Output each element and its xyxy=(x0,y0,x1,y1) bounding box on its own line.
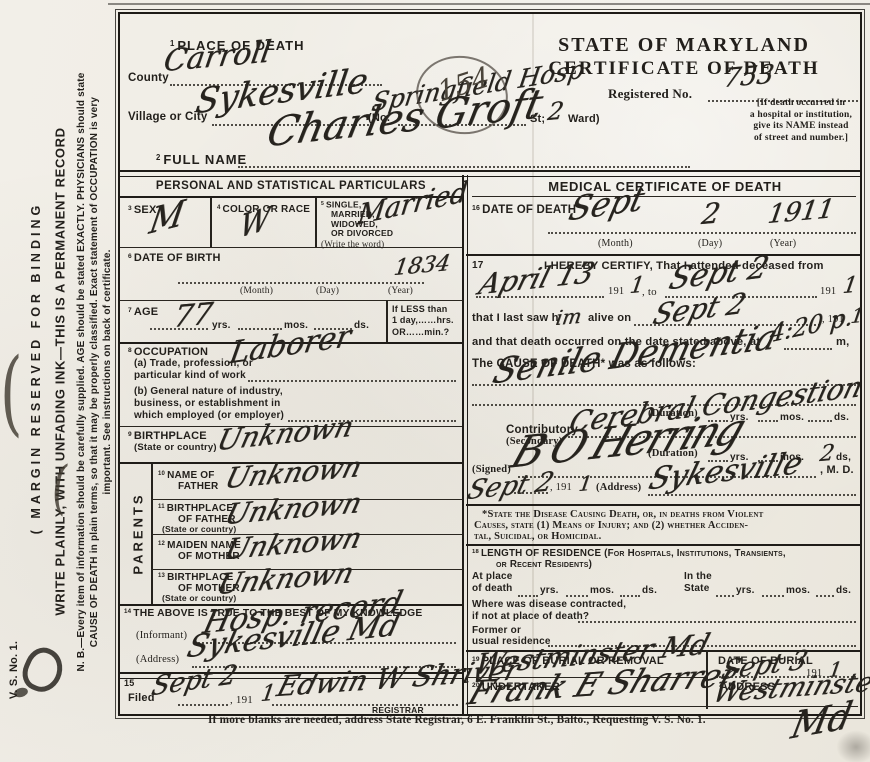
registrar-rule xyxy=(272,704,458,706)
field-15-number: 15 xyxy=(124,678,134,688)
margin-write-plainly: WRITE PLAINLY, WITH UNFADING INK—THIS IS… xyxy=(53,40,68,704)
dod-rule xyxy=(548,232,856,234)
hospital-note: [If death occurred in a hospital or inst… xyxy=(740,98,862,144)
occupation-label: 8OCCUPATION xyxy=(128,346,208,358)
signed-1-hw: 1 xyxy=(577,471,594,497)
residence-label: 18LENGTH OF RESIDENCE (For Hospitals, In… xyxy=(472,548,786,559)
hospital-note-3: give its NAME instead xyxy=(740,121,862,133)
registered-no-label: Registered No. xyxy=(608,86,692,102)
occupation-a-rule xyxy=(248,380,456,382)
row-rule xyxy=(120,300,462,301)
dur-rule-3 xyxy=(808,420,832,422)
dod-text: DATE OF DEATH xyxy=(482,204,576,216)
occupation-text: OCCUPATION xyxy=(134,346,208,358)
to-191: 191 xyxy=(820,286,836,297)
filed-rule xyxy=(178,704,228,706)
ward-value-handwriting: 2 xyxy=(546,96,566,126)
father-bp-l1: BIRTHPLACE xyxy=(167,503,233,514)
age-text: AGE xyxy=(134,306,158,318)
right-column-title: MEDICAL CERTIFICATE OF DEATH xyxy=(470,179,860,194)
row-rule xyxy=(120,247,462,248)
father-name-l2: FATHER xyxy=(178,481,218,492)
res-rule-3 xyxy=(620,595,640,597)
race-cell-divider xyxy=(315,198,317,247)
alive-on-label: alive on xyxy=(588,312,631,324)
occupation-b2: business, or establishment in xyxy=(134,398,280,409)
scanned-death-certificate: V. S. No. 1. ( MARGIN RESERVED FOR BINDI… xyxy=(0,0,870,762)
field-4-number: 4 xyxy=(217,205,221,211)
field-11-number: 11 xyxy=(158,504,165,510)
dob-year-hint: (Year) xyxy=(388,286,413,296)
full-name-rule xyxy=(238,166,690,168)
signed-date-rule xyxy=(514,492,548,494)
res-rule-1 xyxy=(518,595,538,597)
row-rule-heavy xyxy=(466,254,860,256)
res-yrs: yrs. xyxy=(540,585,559,596)
age-less1: If LESS than xyxy=(392,304,447,314)
dob-rule xyxy=(178,282,424,284)
field-13-number: 13 xyxy=(158,573,165,579)
from-191: 191 xyxy=(608,286,624,297)
dod-label: 16DATE OF DEATH xyxy=(472,204,576,216)
field-7-number: 7 xyxy=(128,307,132,314)
dur-mos: mos. xyxy=(780,412,804,423)
in-the-label: In the xyxy=(684,571,712,582)
field-17-number: 17 xyxy=(472,260,484,271)
filed-date-value: Sept 2 xyxy=(149,660,240,703)
last-saw-label: that I last saw h xyxy=(472,312,559,324)
ward-label: Ward) xyxy=(568,113,600,125)
birthplace-sub: (State or country) xyxy=(134,442,217,453)
dob-text: DATE OF BIRTH xyxy=(134,252,221,264)
where-contracted-l2: if not at place of death? xyxy=(472,611,589,622)
to-label: , to xyxy=(642,286,657,298)
dob-year-value: 1834 xyxy=(392,251,452,281)
dod-month-hint: (Month) xyxy=(598,238,633,249)
field-8-number: 8 xyxy=(128,347,132,354)
father-bp-label: 11BIRTHPLACE xyxy=(158,503,233,514)
nb-line-2: CAUSE OF DEATH in plain terms, so that i… xyxy=(88,19,101,725)
occupation-a2: particular kind of work xyxy=(134,370,246,381)
residence-h1: LENGTH OF RESIDENCE (For Hospitals, Inst… xyxy=(481,548,786,559)
dod-year-hint: (Year) xyxy=(770,238,796,249)
m-label: m, xyxy=(836,336,849,348)
former-l1: Former or xyxy=(472,625,521,636)
full-name-label: 2FULL NAME xyxy=(156,152,247,167)
row-rule-heavy xyxy=(466,504,860,506)
him-hw: im xyxy=(554,304,583,331)
field-12-number: 12 xyxy=(158,541,165,547)
res-rule-4 xyxy=(716,595,734,597)
field-14-number: 14 xyxy=(124,608,131,615)
signed-191: , 191 xyxy=(550,482,572,493)
res-rule-5 xyxy=(762,595,784,597)
sex-cell-divider xyxy=(210,198,212,247)
hospital-note-2: a hospital or institution, xyxy=(740,110,862,122)
res-rule-6 xyxy=(816,595,834,597)
dob-label: 6DATE OF BIRTH xyxy=(128,252,221,264)
pencil-mark-paren: ( xyxy=(0,338,23,447)
section-divider xyxy=(120,170,860,177)
occupation-value: Laborer xyxy=(227,318,354,371)
footnote-l1: *State the Disease Causing Death, or, in… xyxy=(482,509,764,520)
to-1-hw: 1 xyxy=(841,273,859,300)
field-5-number: 5 xyxy=(321,201,324,207)
form-number: V. S. No. 1. xyxy=(8,630,20,710)
informant-label: (Informant) xyxy=(136,630,187,641)
sex-value: M xyxy=(146,192,187,244)
res-ds: ds. xyxy=(642,585,657,596)
birthplace-text: BIRTHPLACE xyxy=(134,430,207,442)
attended-from-value: April 13 xyxy=(475,255,598,301)
parents-side-label: PARENTS xyxy=(131,474,146,594)
dod-day-hint: (Day) xyxy=(698,238,722,249)
field-18-number: 18 xyxy=(472,549,479,555)
footer-note: If more blanks are needed, address State… xyxy=(208,714,706,726)
nb-line-1: N. B.—Every item of information should b… xyxy=(75,19,88,725)
field-9-number: 9 xyxy=(128,431,132,438)
from-rule xyxy=(476,296,604,298)
dod-day-value: 2 xyxy=(699,196,722,231)
of-death-label: of death xyxy=(472,583,513,594)
dur-rule-2 xyxy=(758,420,778,422)
signed-address-rule xyxy=(648,494,856,496)
dob-day-hint: (Day) xyxy=(316,286,339,296)
marital-l1-text: SINGLE, xyxy=(326,200,361,210)
age-less2: 1 day,……hrs. xyxy=(392,315,454,325)
signed-address-label: (Address) xyxy=(596,482,641,493)
age-less3: OR……min.? xyxy=(392,327,449,337)
res-mos: mos. xyxy=(590,585,614,596)
hospital-note-4: of street and number.] xyxy=(740,133,862,145)
hospital-note-1: [If death occurred in xyxy=(740,98,862,110)
age-yrs-rule xyxy=(150,328,208,330)
informant-address-label: (Address) xyxy=(136,654,179,665)
md-label: , M. D. xyxy=(820,464,854,476)
res-yrs2: yrs. xyxy=(736,585,755,596)
row-rule-heavy xyxy=(466,544,860,546)
residence-h2: or Recent Residents) xyxy=(496,559,592,570)
res-ds2: ds. xyxy=(836,585,851,596)
age-label: 7AGE xyxy=(128,306,158,318)
field-3-number: 3 xyxy=(128,205,132,212)
res-rule-2 xyxy=(566,595,588,597)
field-16-number: 16 xyxy=(472,205,480,212)
where-contracted-l1: Where was disease contracted, xyxy=(472,599,626,610)
father-name-l1: NAME OF xyxy=(167,470,215,481)
state-title: STATE OF MARYLAND xyxy=(534,34,834,57)
birthplace-label: 9BIRTHPLACE xyxy=(128,430,207,442)
dod-year-value: 1911 xyxy=(766,194,837,230)
time-rule xyxy=(784,348,832,350)
field-2-number: 2 xyxy=(156,153,161,162)
father-name-label: 10NAME OF xyxy=(158,470,215,481)
dob-month-hint: (Month) xyxy=(240,286,273,296)
nb-line-3: important. See instructions on back of c… xyxy=(101,19,114,725)
where-rule xyxy=(578,621,856,623)
certificate-frame: 1PLACE OF DEATH County Carroll Village o… xyxy=(118,12,862,716)
margin-binding-note: ( MARGIN RESERVED FOR BINDING xyxy=(29,68,43,668)
full-name-text: FULL NAME xyxy=(163,152,247,167)
age-cell-divider xyxy=(386,300,388,342)
age-ds-label: ds. xyxy=(354,320,369,331)
footnote-l3: tal, Suicidal, or Homicidal. xyxy=(474,531,601,542)
footnote-l2: Causes, state (1) Means of Injury; and (… xyxy=(474,520,748,531)
registered-no-value: 753 xyxy=(722,59,776,94)
dur2-ds: ds, xyxy=(836,452,851,463)
field-6-number: 6 xyxy=(128,253,132,260)
res-mos2: mos. xyxy=(786,585,810,596)
age-yrs-label: yrs. xyxy=(212,320,231,331)
filed-year-printed: , 191 xyxy=(230,694,253,706)
certificate-title: CERTIFICATE OF DEATH xyxy=(534,58,834,80)
occupation-b1: (b) General nature of industry, xyxy=(134,386,283,397)
field-10-number: 10 xyxy=(158,471,165,477)
at-place-label: At place xyxy=(472,571,513,582)
margin-nb-note: N. B.—Every item of information should b… xyxy=(75,19,115,725)
dur-ds: ds. xyxy=(834,412,849,423)
scan-edge-line xyxy=(108,3,870,5)
state-label: State xyxy=(684,583,709,594)
